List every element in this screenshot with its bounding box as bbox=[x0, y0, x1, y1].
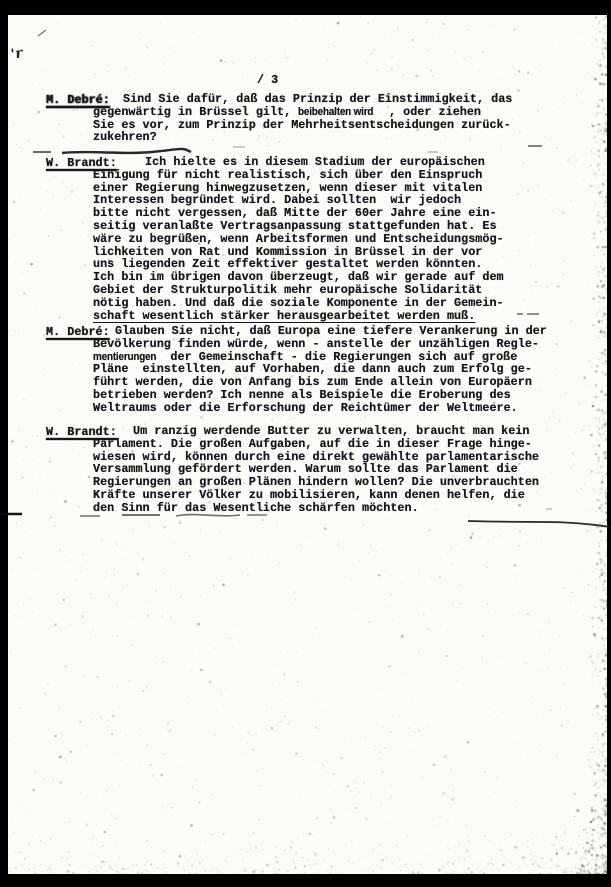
handwritten-mark: 'r bbox=[10, 45, 24, 63]
transcript-line: Weltraums oder die Erforschung der Reich… bbox=[93, 402, 576, 415]
speaker-label: W. Brandt: bbox=[46, 156, 117, 170]
paragraph: M. Debré:Glauben Sie nicht, daß Europa e… bbox=[46, 325, 576, 415]
transcript-line: Sie es vor, zum Prinzip der Mehrheitsent… bbox=[93, 119, 576, 132]
transcript-line: den Sinn für das Wesentliche schärfen mö… bbox=[93, 502, 576, 515]
text-layer: 'r / 3 M. Debré:Sind Sie dafür, daß das … bbox=[0, 0, 611, 887]
paragraph: M. Debré:Sind Sie dafür, daß das Prinzip… bbox=[46, 93, 576, 144]
inserted-text: mentierungen bbox=[93, 351, 156, 364]
paragraph-lines: Ich hielte es in diesem Stadium der euro… bbox=[93, 156, 576, 322]
paragraph-lines: Um ranzig werdende Butter zu verwalten, … bbox=[93, 425, 576, 515]
speaker-label: W. Brandt: bbox=[46, 425, 117, 439]
speaker-label: M. Debré: bbox=[46, 325, 110, 339]
text-segment: zukehren? bbox=[93, 130, 157, 144]
transcript-line: zukehren? bbox=[93, 131, 576, 144]
text-segment: den Sinn für das Wesentliche schärfen mö… bbox=[93, 501, 419, 515]
paragraph-lines: Glauben Sie nicht, daß Europa eine tiefe… bbox=[93, 325, 576, 415]
transcript-line: schaft wesentlich stärker herausgearbeit… bbox=[93, 310, 576, 323]
page-number: / 3 bbox=[257, 73, 278, 87]
paragraph: W. Brandt:Um ranzig werdende Butter zu v… bbox=[46, 425, 576, 515]
inserted-text: beibehalten wird bbox=[298, 106, 373, 119]
text-segment: Weltraums oder die Erforschung der Reich… bbox=[93, 401, 518, 415]
scanned-document: { "page_number": "/ 3", "annotations": {… bbox=[0, 0, 611, 887]
text-segment: schaft wesentlich stärker herausgearbeit… bbox=[93, 309, 475, 323]
speaker-label: M. Debré: bbox=[46, 93, 110, 107]
paragraph: W. Brandt:Ich hielte es in diesem Stadiu… bbox=[46, 156, 576, 322]
paragraph-lines: Sind Sie dafür, daß das Prinzip der Eins… bbox=[93, 93, 576, 144]
